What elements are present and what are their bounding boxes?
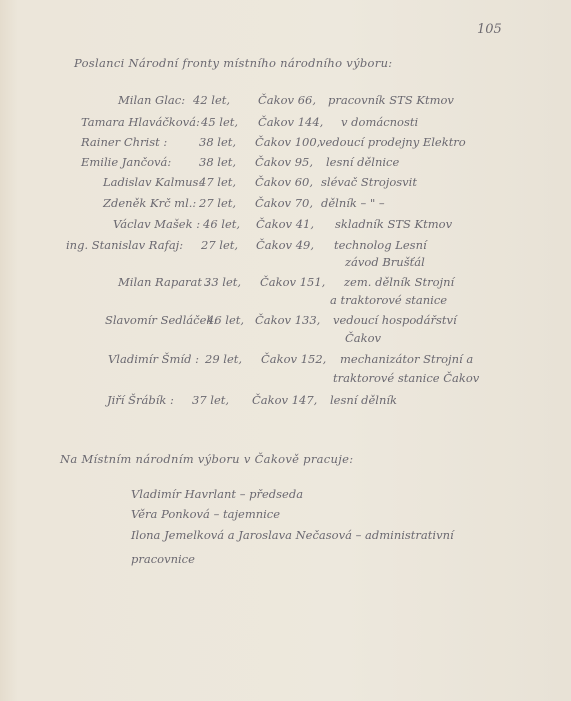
page-number: 105 xyxy=(477,22,502,37)
member-address: Čakov 151, xyxy=(260,275,325,289)
member-occupation: v domácnosti xyxy=(341,115,418,129)
member-address: Čakov 41, xyxy=(256,217,314,231)
member-occupation: lesní dělnice xyxy=(326,155,399,169)
member-address: Čakov 144, xyxy=(258,115,323,129)
member-name: Zdeněk Krč ml.: xyxy=(103,196,196,210)
member-address: Čakov 152, xyxy=(261,352,326,366)
member-name: Rainer Christ : xyxy=(81,135,167,149)
occupation-continuation: Čakov xyxy=(345,331,381,345)
section-heading-deputies: Poslanci Národní fronty místního národní… xyxy=(74,56,392,70)
occupation-continuation: traktorové stanice Čakov xyxy=(333,371,479,385)
member-age: 29 let, xyxy=(205,352,242,366)
member-name: Milan Glac: xyxy=(118,93,185,107)
member-occupation: mechanizátor Strojní a xyxy=(340,352,473,366)
member-occupation: skladník STS Ktmov xyxy=(335,217,452,231)
member-age: 37 let, xyxy=(192,393,229,407)
member-age: 33 let, xyxy=(204,275,241,289)
member-address: Čakov 100, xyxy=(255,135,320,149)
member-address: Čakov 70, xyxy=(255,196,313,210)
member-age: 27 let, xyxy=(201,238,238,252)
member-age: 46 let, xyxy=(207,313,244,327)
member-occupation: zem. dělník Strojní xyxy=(344,275,454,289)
section-heading-staff: Na Místním národním výboru v Čakově prac… xyxy=(60,452,353,466)
member-occupation: lesní dělník xyxy=(330,393,397,407)
list-item: Věra Ponková – tajemnice xyxy=(131,507,280,521)
member-name: ing. Stanislav Rafaj: xyxy=(66,238,183,252)
member-age: 47 let, xyxy=(199,175,236,189)
member-age: 27 let, xyxy=(199,196,236,210)
member-name: Tamara Hlaváčková: xyxy=(81,115,200,129)
member-address: Čakov 133, xyxy=(255,313,320,327)
member-age: 38 let, xyxy=(199,155,236,169)
member-address: Čakov 60, xyxy=(255,175,313,189)
list-item: Vladimír Havrlant – předseda xyxy=(131,487,303,501)
member-address: Čakov 95, xyxy=(255,155,313,169)
member-name: Václav Mašek : xyxy=(113,217,200,231)
member-address: Čakov 66, xyxy=(258,93,316,107)
member-name: Vladimír Šmíd : xyxy=(108,352,199,366)
member-name: Milan Raparat : xyxy=(118,275,210,289)
member-address: Čakov 49, xyxy=(256,238,314,252)
member-age: 46 let, xyxy=(203,217,240,231)
member-name: Emilie Jančová: xyxy=(81,155,171,169)
occupation-continuation: závod Brušťál xyxy=(345,255,425,269)
member-occupation: vedoucí prodejny Elektro xyxy=(319,135,466,149)
member-address: Čakov 147, xyxy=(252,393,317,407)
member-occupation: vedoucí hospodářství xyxy=(333,313,457,327)
member-occupation: pracovník STS Ktmov xyxy=(328,93,454,107)
member-occupation: slévač Strojosvit xyxy=(321,175,417,189)
member-age: 38 let, xyxy=(199,135,236,149)
member-occupation: dělník – " – xyxy=(321,196,385,210)
member-age: 45 let, xyxy=(201,115,238,129)
member-name: Slavomír Sedláček: xyxy=(105,313,217,327)
list-item: pracovnice xyxy=(131,552,195,566)
member-name: Jiří Šrábík : xyxy=(107,393,174,407)
member-occupation: technolog Lesní xyxy=(334,238,427,252)
member-age: 42 let, xyxy=(193,93,230,107)
member-name: Ladislav Kalmus: xyxy=(103,175,202,189)
list-item: Ilona Jemelková a Jaroslava Nečasová – a… xyxy=(131,528,454,542)
occupation-continuation: a traktorové stanice xyxy=(330,293,447,307)
